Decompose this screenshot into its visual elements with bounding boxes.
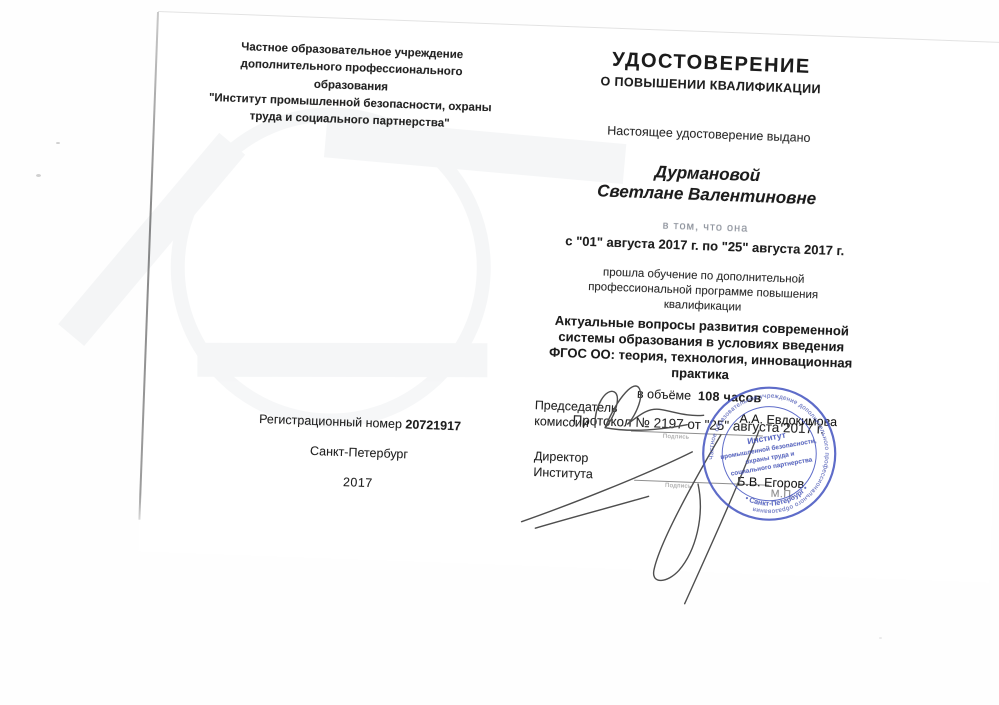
scan-dust bbox=[56, 142, 60, 144]
director-label: Директор Института bbox=[533, 448, 594, 483]
scanned-certificate: { "institution_header": { "lines": [ "Ча… bbox=[0, 0, 999, 705]
certificate-page: Частное образовательное учреждение допол… bbox=[138, 12, 999, 583]
institute-round-stamp: Частное образовательное учреждение допол… bbox=[687, 372, 851, 536]
chairman-label: Председатель комиссии bbox=[534, 397, 618, 433]
scan-dust bbox=[879, 637, 882, 639]
recipient-name: Дурмановой Светлане Валентиновне bbox=[531, 157, 882, 212]
page-edge-top bbox=[158, 11, 999, 43]
issued-label: Настоящее удостоверение выдано bbox=[534, 121, 884, 148]
registration-number: 20721917 bbox=[405, 417, 461, 433]
registration-block: Регистрационный номер 20721917 Санкт-Пет… bbox=[207, 410, 510, 511]
watermark-logo bbox=[165, 102, 497, 434]
program-intro: прошла обучение по дополнительной профес… bbox=[527, 262, 878, 320]
certificate-body: УДОСТОВЕРЕНИЕ О ПОВЫШЕНИИ КВАЛИФИКАЦИИ Н… bbox=[523, 46, 887, 439]
year-line: 2017 bbox=[208, 470, 508, 495]
city-line: Санкт-Петербург bbox=[209, 440, 509, 465]
institution-header: Частное образовательное учреждение допол… bbox=[207, 38, 495, 135]
volume-label: в объёме bbox=[637, 387, 692, 403]
scan-dust bbox=[36, 174, 41, 177]
director-signature-caption: Подпись bbox=[665, 483, 692, 490]
chairman-signature-caption: Подпись bbox=[663, 434, 690, 441]
